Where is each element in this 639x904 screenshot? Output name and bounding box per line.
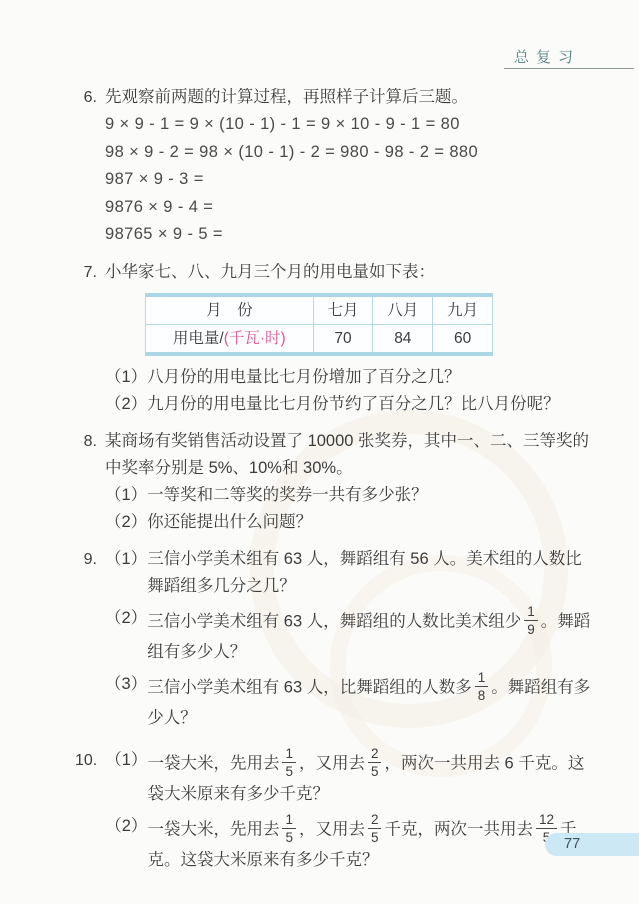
problem-8-question-1: （1）一等奖和二等奖的奖券一共有多少张？ bbox=[105, 482, 597, 509]
fraction-numerator: 2 bbox=[368, 746, 382, 764]
problem-body: 小华家七、八、九月三个月的用电量如下表： 月 份 七月 八月 九月 用电量/(千… bbox=[105, 259, 597, 418]
problem-body: （1） 一袋大米，先用去15，又用去25，两次一共用去 6 千克。这袋大米原来有… bbox=[105, 747, 597, 879]
problem-8-question-2: （2）你还能提出什么问题？ bbox=[105, 509, 597, 536]
text-segment: ，又用去 bbox=[299, 820, 365, 838]
usage-label: 用电量/ bbox=[173, 330, 224, 347]
text-segment: 一袋大米，先用去 bbox=[147, 820, 279, 838]
chapter-header-title: 总复习 bbox=[514, 46, 580, 67]
text-segment: 千克，两次一共用去 bbox=[384, 820, 533, 838]
fraction-one-fifth: 15 bbox=[282, 812, 296, 846]
equation-line-3: 987 × 9 - 3 = bbox=[105, 166, 597, 194]
usage-unit-label: (千瓦·时) bbox=[224, 330, 286, 347]
fraction-numerator: 1 bbox=[524, 604, 538, 622]
problem-9-item-1: （1） 三信小学美术组有 63 人，舞蹈组有 56 人。美术组的人数比舞蹈组多几… bbox=[105, 546, 597, 600]
equation-line-5: 98765 × 9 - 5 = bbox=[105, 221, 597, 249]
problem-body: （1） 三信小学美术组有 63 人，舞蹈组有 56 人。美术组的人数比舞蹈组多几… bbox=[105, 546, 597, 737]
table-header-august: 八月 bbox=[373, 295, 433, 325]
equation-line-1: 9 × 9 - 1 = 9 × (10 - 1) - 1 = 9 × 10 - … bbox=[105, 111, 597, 139]
problem-9: 9. （1） 三信小学美术组有 63 人，舞蹈组有 56 人。美术组的人数比舞蹈… bbox=[75, 546, 597, 737]
table-header-september: 九月 bbox=[433, 295, 493, 325]
header-underline bbox=[504, 68, 634, 69]
problem-8: 8. 某商场有奖销售活动设置了 10000 张奖券，其中一、二、三等奖的中奖率分… bbox=[75, 428, 597, 536]
problem-number: 6. bbox=[75, 84, 105, 249]
fraction-numerator: 2 bbox=[368, 812, 382, 830]
fraction-denominator: 5 bbox=[371, 829, 379, 846]
problem-8-title: 某商场有奖销售活动设置了 10000 张奖券，其中一、二、三等奖的中奖率分别是 … bbox=[105, 428, 597, 482]
fraction-numerator: 1 bbox=[282, 746, 296, 764]
page-number-badge: 77 bbox=[545, 833, 639, 856]
problem-10: 10. （1） 一袋大米，先用去15，又用去25，两次一共用去 6 千克。这袋大… bbox=[75, 747, 597, 879]
page-content: 6. 先观察前两题的计算过程，再照样子计算后三题。 9 × 9 - 1 = 9 … bbox=[75, 84, 597, 889]
problem-7-title: 小华家七、八、九月三个月的用电量如下表： bbox=[105, 259, 597, 286]
table-row-label: 用电量/(千瓦·时) bbox=[146, 324, 314, 354]
fraction-denominator: 9 bbox=[527, 621, 535, 638]
fraction-numerator: 12 bbox=[536, 812, 557, 830]
problem-9-item-2: （2） 三信小学美术组有 63 人，舞蹈组的人数比美术组少19。舞蹈组有多少人？ bbox=[105, 605, 597, 666]
problem-6: 6. 先观察前两题的计算过程，再照样子计算后三题。 9 × 9 - 1 = 9 … bbox=[75, 84, 597, 249]
fraction-one-ninth: 19 bbox=[524, 604, 538, 638]
sub-item-text: 一袋大米，先用去15，又用去25，两次一共用去 6 千克。这袋大米原来有多少千克… bbox=[147, 747, 597, 808]
sub-item-label: （2） bbox=[105, 605, 147, 666]
equation-line-4: 9876 × 9 - 4 = bbox=[105, 194, 597, 222]
sub-item-label: （1） bbox=[105, 546, 147, 600]
sub-item-text: 三信小学美术组有 63 人，比舞蹈组的人数多18。舞蹈组有多少人？ bbox=[147, 671, 597, 732]
fraction-two-fifths: 25 bbox=[368, 746, 382, 780]
table-cell-july: 70 bbox=[313, 324, 373, 354]
problem-number: 8. bbox=[75, 428, 105, 536]
table-cell-august: 84 bbox=[373, 324, 433, 354]
problem-10-item-2: （2） 一袋大米，先用去15，又用去25千克，两次一共用去125千克。这袋大米原… bbox=[105, 813, 597, 874]
problem-number: 7. bbox=[75, 259, 105, 418]
problem-7: 7. 小华家七、八、九月三个月的用电量如下表： 月 份 七月 八月 九月 用电量… bbox=[75, 259, 597, 418]
table-header-month: 月 份 bbox=[146, 295, 314, 325]
fraction-two-fifths: 25 bbox=[368, 812, 382, 846]
textbook-page: 总复习 6. 先观察前两题的计算过程，再照样子计算后三题。 9 × 9 - 1 … bbox=[0, 0, 639, 904]
text-segment: 三信小学美术组有 63 人，舞蹈组有 56 人。美术组的人数比舞蹈组多几分之几？ bbox=[147, 550, 582, 595]
fraction-denominator: 5 bbox=[371, 763, 379, 780]
problem-6-title: 先观察前两题的计算过程，再照样子计算后三题。 bbox=[105, 84, 597, 111]
table-header-july: 七月 bbox=[313, 295, 373, 325]
sub-item-label: （2） bbox=[105, 813, 147, 874]
sub-item-label: （3） bbox=[105, 671, 147, 732]
text-segment: 三信小学美术组有 63 人，比舞蹈组的人数多 bbox=[147, 678, 472, 696]
text-segment: ，又用去 bbox=[299, 754, 365, 772]
problem-number: 9. bbox=[75, 546, 105, 737]
sub-item-text: 三信小学美术组有 63 人，舞蹈组的人数比美术组少19。舞蹈组有多少人？ bbox=[147, 605, 597, 666]
problem-number: 10. bbox=[75, 747, 105, 879]
page-number: 77 bbox=[564, 836, 580, 852]
fraction-numerator: 1 bbox=[475, 670, 489, 688]
table-cell-september: 60 bbox=[433, 324, 493, 354]
equation-line-2: 98 × 9 - 2 = 98 × (10 - 1) - 2 = 980 - 9… bbox=[105, 139, 597, 167]
problem-7-question-1: （1）八月份的用电量比七月份增加了百分之几？ bbox=[105, 364, 597, 391]
fraction-numerator: 1 bbox=[282, 812, 296, 830]
table-header-row: 月 份 七月 八月 九月 bbox=[146, 295, 493, 325]
problem-10-item-1: （1） 一袋大米，先用去15，又用去25，两次一共用去 6 千克。这袋大米原来有… bbox=[105, 747, 597, 808]
text-segment: 一袋大米，先用去 bbox=[147, 754, 279, 772]
fraction-denominator: 5 bbox=[285, 763, 293, 780]
fraction-one-fifth: 15 bbox=[282, 746, 296, 780]
fraction-one-eighth: 18 bbox=[475, 670, 489, 704]
fraction-denominator: 5 bbox=[285, 829, 293, 846]
problem-9-item-3: （3） 三信小学美术组有 63 人，比舞蹈组的人数多18。舞蹈组有多少人？ bbox=[105, 671, 597, 732]
text-segment: 三信小学美术组有 63 人，舞蹈组的人数比美术组少 bbox=[147, 612, 521, 630]
sub-item-text: 一袋大米，先用去15，又用去25千克，两次一共用去125千克。这袋大米原来有多少… bbox=[147, 813, 597, 874]
electricity-usage-table: 月 份 七月 八月 九月 用电量/(千瓦·时) 70 84 60 bbox=[145, 293, 493, 356]
fraction-denominator: 8 bbox=[478, 687, 486, 704]
table-data-row: 用电量/(千瓦·时) 70 84 60 bbox=[146, 324, 493, 354]
problem-7-question-2: （2）九月份的用电量比七月份节约了百分之几？比八月份呢？ bbox=[105, 391, 597, 418]
sub-item-text: 三信小学美术组有 63 人，舞蹈组有 56 人。美术组的人数比舞蹈组多几分之几？ bbox=[147, 546, 597, 600]
problem-body: 某商场有奖销售活动设置了 10000 张奖券，其中一、二、三等奖的中奖率分别是 … bbox=[105, 428, 597, 536]
problem-body: 先观察前两题的计算过程，再照样子计算后三题。 9 × 9 - 1 = 9 × (… bbox=[105, 84, 597, 249]
sub-item-label: （1） bbox=[105, 747, 147, 808]
